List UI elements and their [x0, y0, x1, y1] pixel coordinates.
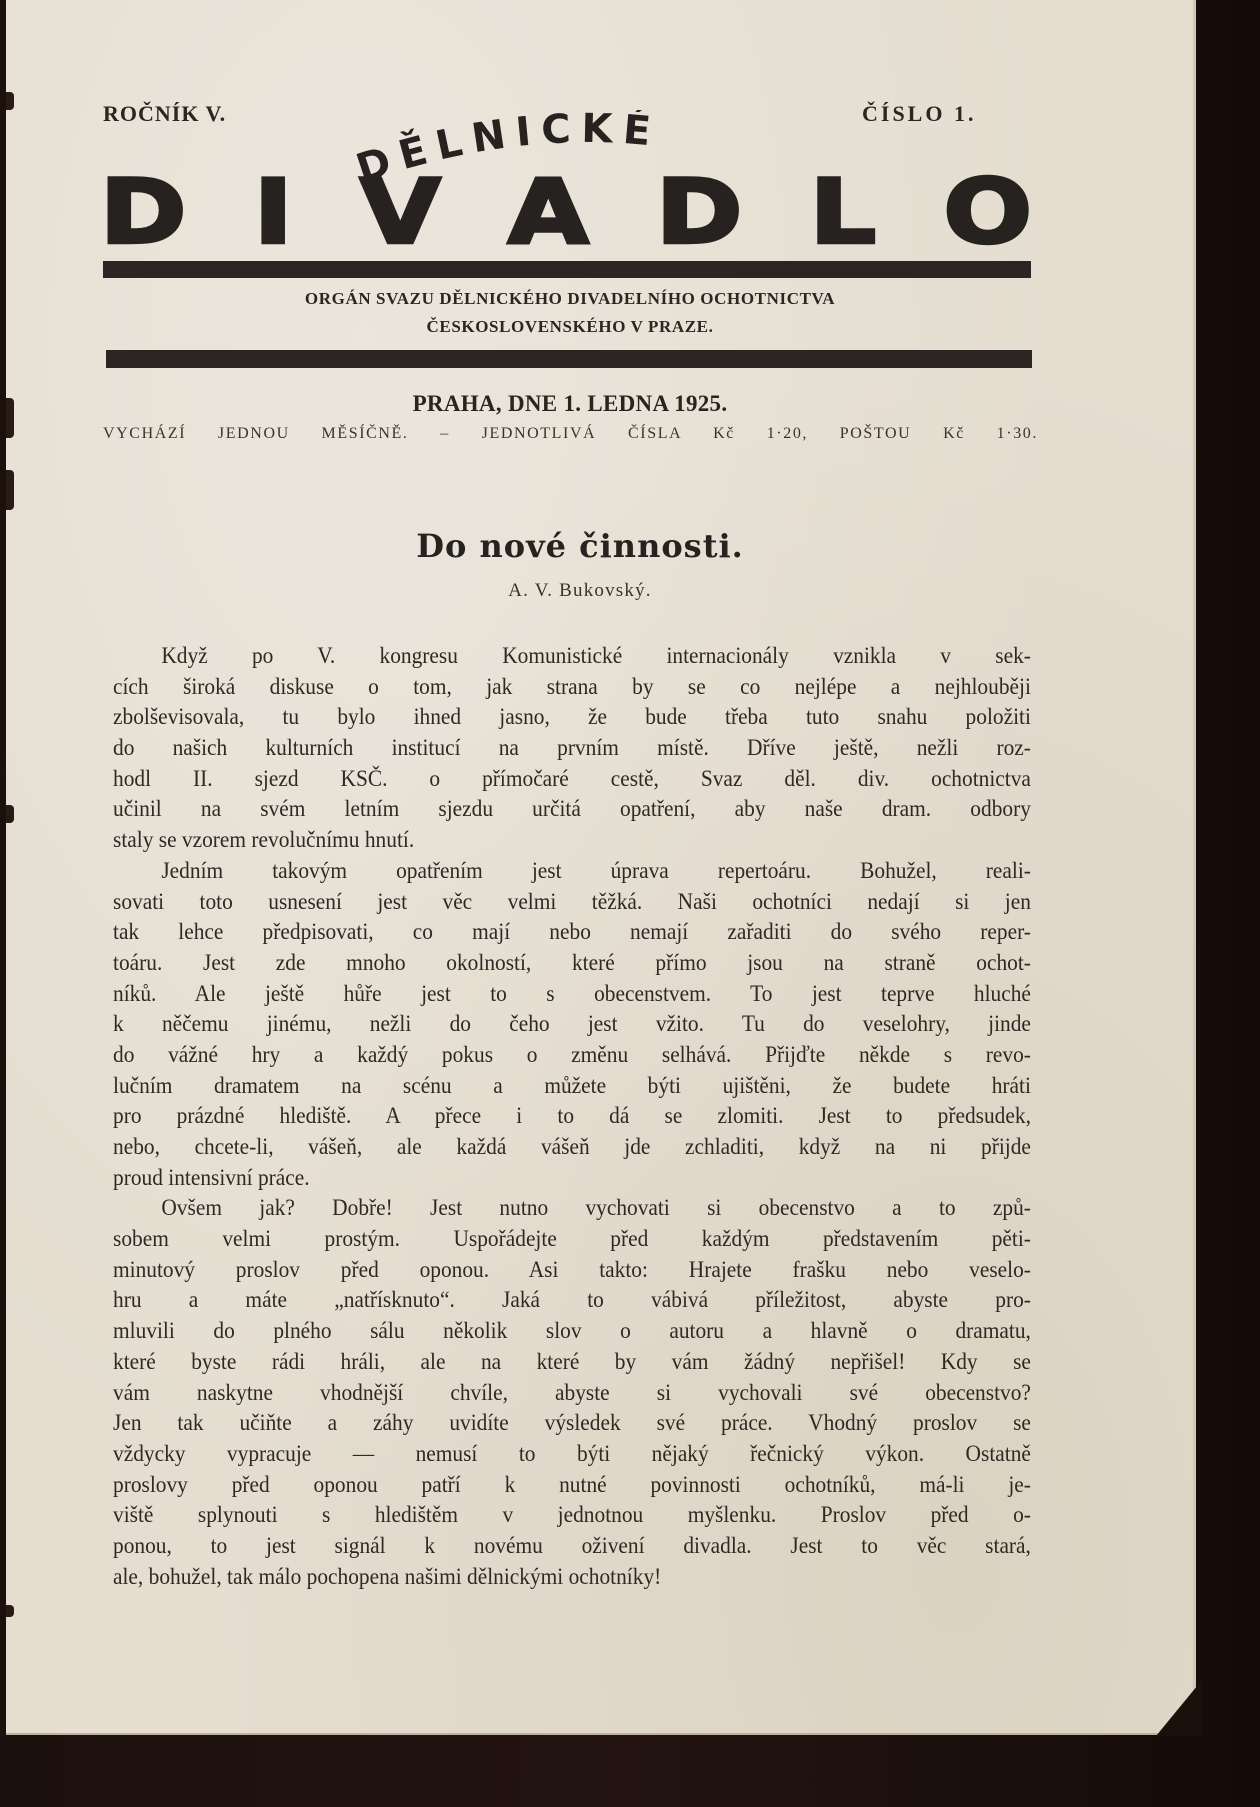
masthead-letter: A	[508, 168, 589, 256]
body-line: sobem velmi prostým. Uspořádejte před ka…	[113, 1224, 1031, 1255]
binding-mark	[6, 92, 14, 110]
masthead-letter: V	[360, 168, 441, 256]
body-line: vám naskytne vhodnější chvíle, abyste si…	[113, 1378, 1031, 1409]
publication-info: VYCHÁZÍ JEDNOU MĚSÍČNĚ. – JEDNOTLIVÁ ČÍS…	[103, 425, 1038, 443]
body-line: níků. Ale ještě hůře jest to s obecenstv…	[113, 979, 1031, 1010]
body-line: do vážné hry a každý pokus o změnu selhá…	[113, 1040, 1031, 1071]
body-line: Jedním takovým opatřením jest úprava rep…	[113, 856, 1031, 887]
body-line: k něčemu jinému, nežli do čeho jest vžit…	[113, 1009, 1031, 1040]
body-line: Když po V. kongresu Komunistické interna…	[113, 641, 1031, 672]
body-line: proud intensivní práce.	[113, 1163, 1031, 1194]
header-rule-bottom	[106, 350, 1032, 368]
body-line: staly se vzorem revolučnímu hnutí.	[113, 825, 1031, 856]
article-title: Do nové činnosti.	[100, 527, 1060, 565]
body-line: viště splynouti s hledištěm v jednotnou …	[113, 1500, 1031, 1531]
masthead-letter: D	[100, 168, 186, 256]
body-line: do našich kulturních institucí na prvním…	[113, 733, 1031, 764]
masthead-letter: L	[810, 168, 876, 256]
article-author: A. V. Bukovský.	[100, 580, 1060, 602]
body-line: sovati toto usnesení jest věc velmi těžk…	[113, 887, 1031, 918]
body-line: ale, bohužel, tak málo pochopena našimi …	[113, 1562, 1031, 1593]
masthead-letter: I	[254, 168, 293, 256]
binding-mark	[6, 470, 14, 510]
body-line: učinil na svém letním sjezdu určitá opat…	[113, 794, 1031, 825]
body-line: hru a máte „natřísknuto“. Jaká to vábivá…	[113, 1285, 1031, 1316]
body-line: cích široká diskuse o tom, jak strana by…	[113, 672, 1031, 703]
dateline: PRAHA, DNE 1. LEDNA 1925.	[100, 391, 1040, 417]
torn-corner	[1156, 1680, 1202, 1736]
body-line: hodl II. sjezd KSČ. o přímočaré cestě, S…	[113, 764, 1031, 795]
header-rule-top	[103, 261, 1031, 278]
binding-mark	[6, 805, 14, 823]
organ-line-2: ČESKOSLOVENSKÉHO V PRAZE.	[100, 317, 1040, 337]
article-body: Když po V. kongresu Komunistické interna…	[113, 641, 1031, 1592]
binding-mark	[6, 398, 14, 438]
masthead-letter: D	[656, 168, 742, 256]
body-line: toáru. Jest zde mnoho okolností, které p…	[113, 948, 1031, 979]
body-line: zbolševisovala, tu bylo ihned jasno, že …	[113, 702, 1031, 733]
body-line: vždycky vypracuje — nemusí to býti nějak…	[113, 1439, 1031, 1470]
body-line: mluvili do plného sálu několik slov o au…	[113, 1316, 1031, 1347]
body-line: proslovy před oponou patří k nutné povin…	[113, 1470, 1031, 1501]
body-line: pro prázdné hlediště. A přece i to dá se…	[113, 1101, 1031, 1132]
masthead-title: D I V A D L O	[100, 174, 1032, 256]
body-line: ponou, to jest signál k novému oživení d…	[113, 1531, 1031, 1562]
organ-line-1: ORGÁN SVAZU DĚLNICKÉHO DIVADELNÍHO OCHOT…	[100, 289, 1040, 309]
masthead-letter: O	[944, 168, 1032, 256]
body-line: Jen tak učiňte a záhy uvidíte výsledek s…	[113, 1408, 1031, 1439]
volume-label: ROČNÍK V.	[103, 101, 226, 127]
body-line: nebo, chcete-li, vášeň, ale každá vášeň …	[113, 1132, 1031, 1163]
body-line: které byste rádi hráli, ale na které by …	[113, 1347, 1031, 1378]
body-line: lučním dramatem na scénu a můžete býti u…	[113, 1071, 1031, 1102]
body-line: minutový proslov před oponou. Asi takto:…	[113, 1255, 1031, 1286]
body-line: tak lehce předpisovati, co mají nebo nem…	[113, 917, 1031, 948]
binding-mark	[6, 1605, 14, 1617]
body-line: Ovšem jak? Dobře! Jest nutno vychovati s…	[113, 1193, 1031, 1224]
issue-number: ČÍSLO 1.	[862, 101, 976, 127]
